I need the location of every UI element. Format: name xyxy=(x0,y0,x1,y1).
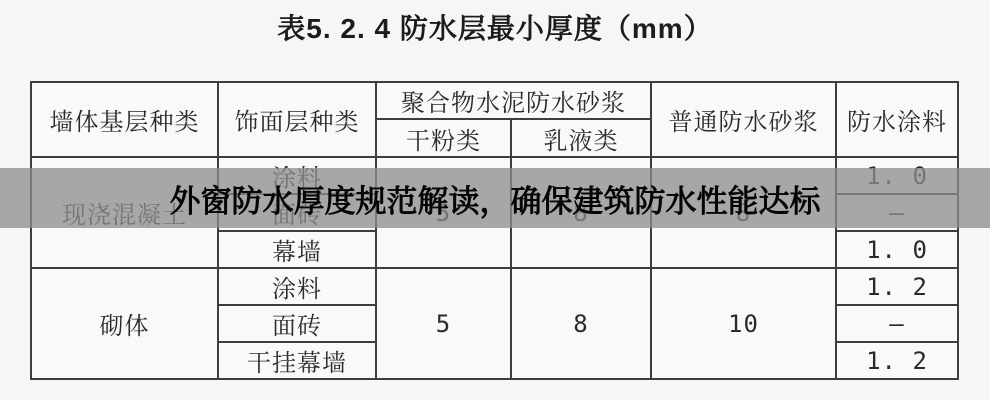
header-emulsion: 乳液类 xyxy=(511,119,651,157)
cell-finish: 涂料 xyxy=(218,268,376,305)
cell-emulsion-value: 8 xyxy=(511,268,651,379)
header-polymer-group: 聚合物水泥防水砂浆 xyxy=(376,82,651,119)
header-finish-layer: 饰面层种类 xyxy=(218,82,376,157)
cell-base-masonry: 砌体 xyxy=(31,268,218,379)
header-coating: 防水涂料 xyxy=(836,82,958,157)
cell-finish: 干挂幕墙 xyxy=(218,342,376,379)
cell-coating-value: 1. 2 xyxy=(836,268,958,305)
cell-finish: 幕墙 xyxy=(218,231,376,268)
cell-coating-value: 1. 0 xyxy=(836,231,958,268)
header-dry-powder: 干粉类 xyxy=(376,119,511,157)
overlay-banner-text: 外窗防水厚度规范解读，确保建筑防水性能达标 xyxy=(170,176,821,221)
overlay-banner: 外窗防水厚度规范解读，确保建筑防水性能达标 xyxy=(0,168,990,228)
cell-coating-value: — xyxy=(836,305,958,342)
header-wall-base: 墙体基层种类 xyxy=(31,82,218,157)
header-row-top: 墙体基层种类 饰面层种类 聚合物水泥防水砂浆 普通防水砂浆 防水涂料 xyxy=(31,82,958,119)
cell-ordinary-value: 10 xyxy=(651,268,836,379)
page-title: 表5. 2. 4 防水层最小厚度（mm） xyxy=(0,7,990,47)
cell-coating-value: 1. 2 xyxy=(836,342,958,379)
cell-finish: 面砖 xyxy=(218,305,376,342)
header-ordinary-mortar: 普通防水砂浆 xyxy=(651,82,836,157)
waterproof-thickness-table: 墙体基层种类 饰面层种类 聚合物水泥防水砂浆 普通防水砂浆 防水涂料 干粉类 乳… xyxy=(30,81,959,380)
table-row: 砌体 涂料 5 8 10 1. 2 xyxy=(31,268,958,305)
cell-dry-powder-value: 5 xyxy=(376,268,511,379)
